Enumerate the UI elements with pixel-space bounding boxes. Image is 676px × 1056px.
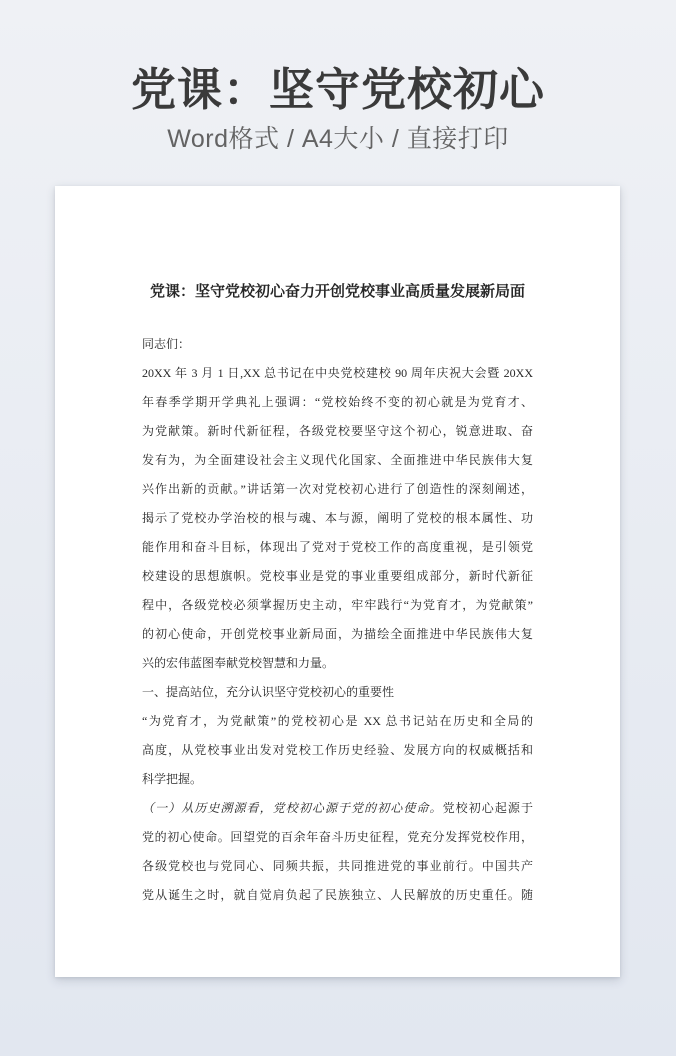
document-line: 为党献策。新时代新征程，各级党校要坚守这个初心，锐意进取、奋 [142,417,533,446]
text-segment: 揭示了党校办学治校的根与魂、本与源，阐明了党校的根本属性、功 [142,511,533,525]
text-segment: 年春季学期开学典礼上强调：“党校始终不变的初心就是为党育才、 [142,395,533,409]
text-segment: 各级党校也与党同心、同频共振，共同推进党的事业前行。中国共产 [142,859,533,873]
text-segment: 的初心使命，开创党校事业新局面，为描绘全面推进中华民族伟大复 [142,627,533,641]
text-segment: “为党育才，为党献策”的党校初心是 XX 总书记站在历史和全局的 [142,714,533,728]
page-title: 党课：坚守党校初心 [0,64,676,116]
text-segment: 兴的宏伟蓝图奉献党校智慧和力量。 [142,656,334,670]
text-segment: 校建设的思想旗帜。党校事业是党的事业重要组成部分，新时代新征 [142,569,533,583]
document-line: 高度，从党校事业出发对党校工作历史经验、发展方向的权威概括和 [142,736,533,765]
header: 党课：坚守党校初心 Word格式 / A4大小 / 直接打印 [0,0,676,154]
text-segment: 兴作出新的贡献。”讲话第一次对党校初心进行了创造性的深刻阐述， [142,482,533,496]
document-line: 科学把握。 [142,765,533,794]
document-line: 兴作出新的贡献。”讲话第一次对党校初心进行了创造性的深刻阐述， [142,475,533,504]
document-line: 校建设的思想旗帜。党校事业是党的事业重要组成部分，新时代新征 [142,562,533,591]
text-segment: 党的初心使命。回望党的百余年奋斗历史征程，党充分发挥党校作用， [142,830,533,844]
text-segment: 党校初心起源于 [443,801,533,815]
document-line: 各级党校也与党同心、同频共振，共同推进党的事业前行。中国共产 [142,852,533,881]
document-line: 同志们： [142,330,533,359]
document-line: 能作用和奋斗目标，体现出了党对于党校工作的高度重视，是引领党 [142,533,533,562]
text-segment: 发有为，为全面建设社会主义现代化国家、全面推进中华民族伟大复 [142,453,533,467]
document-line: “为党育才，为党献策”的党校初心是 XX 总书记站在历史和全局的 [142,707,533,736]
text-segment: 一、提高站位，充分认识坚守党校初心的重要性 [142,685,394,699]
text-segment: 高度，从党校事业出发对党校工作历史经验、发展方向的权威概括和 [142,743,533,757]
document-line: 发有为，为全面建设社会主义现代化国家、全面推进中华民族伟大复 [142,446,533,475]
document-body: 同志们：20XX 年 3 月 1 日,XX 总书记在中央党校建校 90 周年庆祝… [142,330,533,910]
document-line: 揭示了党校办学治校的根与魂、本与源，阐明了党校的根本属性、功 [142,504,533,533]
text-segment: 能作用和奋斗目标，体现出了党对于党校工作的高度重视，是引领党 [142,540,533,554]
text-segment: 为党献策。新时代新征程，各级党校要坚守这个初心，锐意进取、奋 [142,424,533,438]
document-line: （一）从历史溯源看，党校初心源于党的初心使命。党校初心起源于 [142,794,533,823]
document-line: 20XX 年 3 月 1 日,XX 总书记在中央党校建校 90 周年庆祝大会暨 … [142,359,533,388]
text-segment: 科学把握。 [142,772,202,786]
text-segment: 程中，各级党校必须掌握历史主动，牢牢践行“为党育才，为党献策” [142,598,533,612]
document-page: 党课：坚守党校初心奋力开创党校事业高质量发展新局面 同志们：20XX 年 3 月… [55,186,620,977]
document-line: 一、提高站位，充分认识坚守党校初心的重要性 [142,678,533,707]
document-line: 兴的宏伟蓝图奉献党校智慧和力量。 [142,649,533,678]
document-title: 党课：坚守党校初心奋力开创党校事业高质量发展新局面 [142,282,533,302]
text-segment: 20XX 年 3 月 1 日,XX 总书记在中央党校建校 90 周年庆祝大会暨 … [142,366,533,380]
document-line: 的初心使命，开创党校事业新局面，为描绘全面推进中华民族伟大复 [142,620,533,649]
text-segment: （一）从历史溯源看，党校初心源于党的初心使命。 [142,801,443,815]
text-segment: 同志们： [142,337,190,351]
document-line: 程中，各级党校必须掌握历史主动，牢牢践行“为党育才，为党献策” [142,591,533,620]
page-subtitle: Word格式 / A4大小 / 直接打印 [0,124,676,154]
document-line: 党从诞生之时，就自觉肩负起了民族独立、人民解放的历史重任。随 [142,881,533,910]
text-segment: 党从诞生之时，就自觉肩负起了民族独立、人民解放的历史重任。随 [142,888,533,902]
document-line: 年春季学期开学典礼上强调：“党校始终不变的初心就是为党育才、 [142,388,533,417]
document-line: 党的初心使命。回望党的百余年奋斗历史征程，党充分发挥党校作用， [142,823,533,852]
